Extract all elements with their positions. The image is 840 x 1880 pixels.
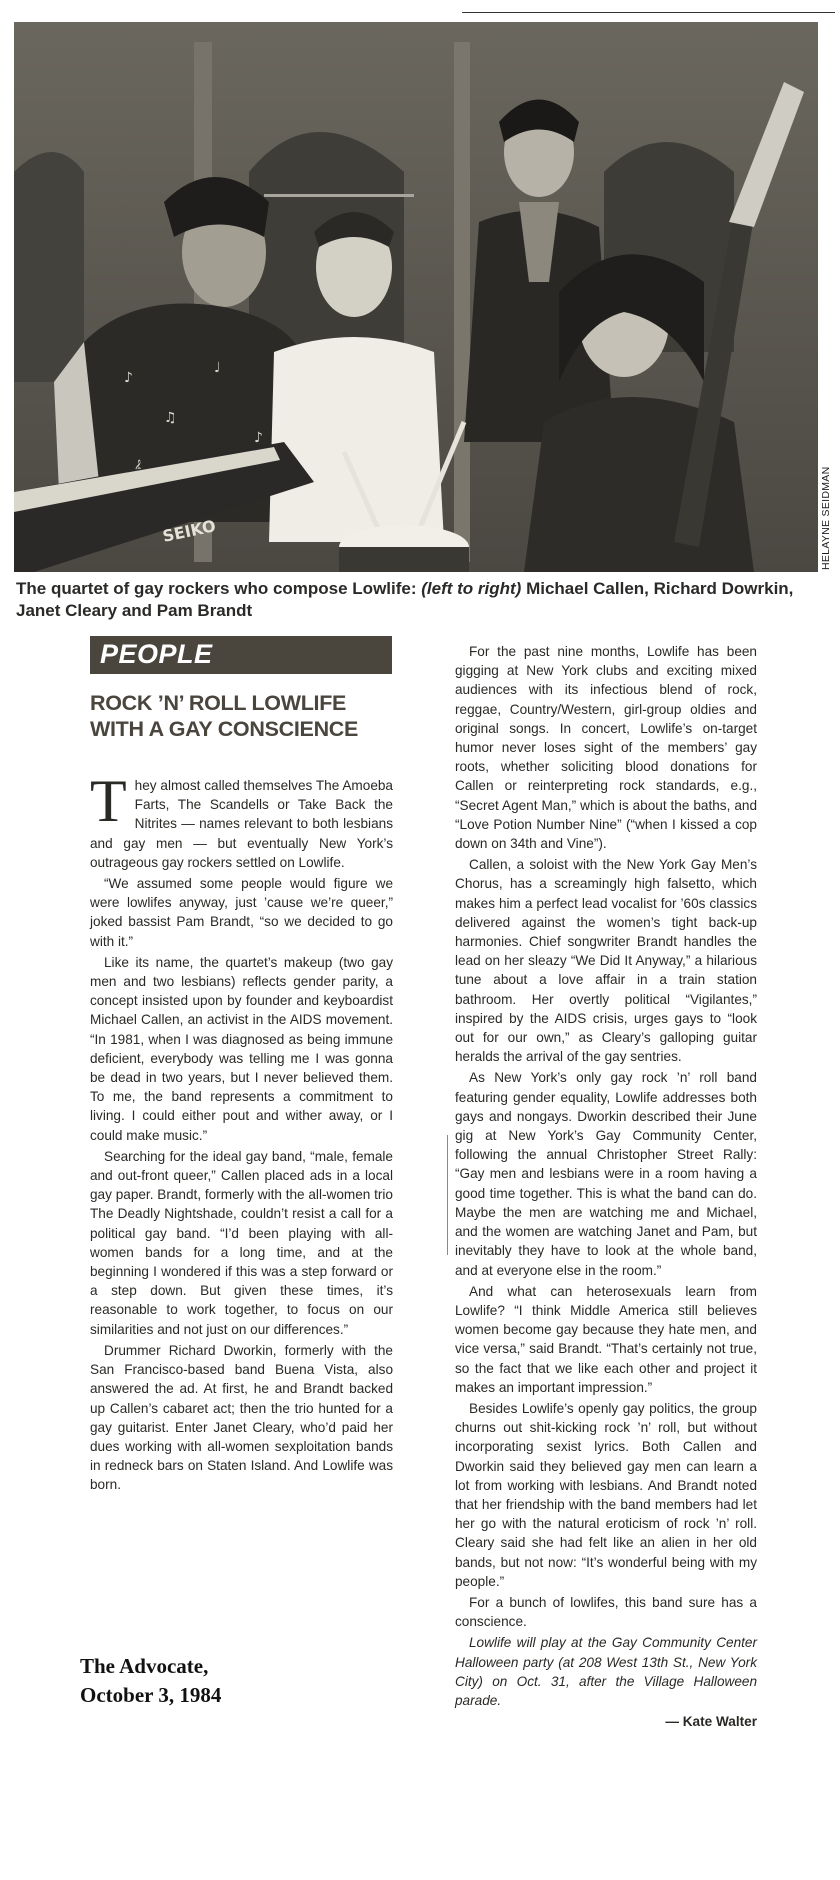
- article-paragraph: Besides Lowlife’s openly gay politics, t…: [455, 1399, 757, 1591]
- paragraph-text: hey almost called themselves The Amoeba …: [90, 778, 393, 870]
- article-paragraph: As New York’s only gay rock ’n’ roll ban…: [455, 1068, 757, 1279]
- band-photo-illustration: ♪♫♩ ♪𝄞♫ ♪ SEIKO: [14, 22, 818, 572]
- caption-italic: (left to right): [421, 579, 521, 598]
- source-publication: The Advocate,: [80, 1652, 221, 1681]
- drop-cap: T: [90, 778, 127, 824]
- article-paragraph: They almost called themselves The Amoeba…: [90, 776, 393, 872]
- band-photo: ♪♫♩ ♪𝄞♫ ♪ SEIKO: [14, 22, 818, 572]
- article-paragraph: Drummer Richard Dworkin, formerly with t…: [90, 1341, 393, 1495]
- headline-line-1: ROCK ’N’ ROLL LOWLIFE: [90, 690, 392, 716]
- section-banner-label: PEOPLE: [100, 639, 213, 670]
- caption-lead: The quartet of gay rockers who compose L…: [16, 579, 421, 598]
- article-paragraph: For a bunch of lowlifes, this band sure …: [455, 1593, 757, 1631]
- svg-text:♫: ♫: [164, 410, 177, 426]
- source-date: October 3, 1984: [80, 1681, 221, 1710]
- photo-credit-text: HELAYNE SEIDMAN: [820, 467, 832, 571]
- byline: — Kate Walter: [455, 1712, 757, 1731]
- article-paragraph: “We assumed some people would figure we …: [90, 874, 393, 951]
- article-column-left: They almost called themselves The Amoeba…: [90, 776, 393, 1497]
- article-headline: ROCK ’N’ ROLL LOWLIFE WITH A GAY CONSCIE…: [90, 690, 392, 742]
- svg-text:♪: ♪: [124, 370, 133, 386]
- event-note: Lowlife will play at the Gay Communi­ty …: [455, 1633, 757, 1710]
- article-paragraph: Callen, a soloist with the New York Gay …: [455, 855, 757, 1066]
- top-rule: [462, 12, 835, 13]
- svg-text:♩: ♩: [214, 360, 221, 376]
- headline-line-2: WITH A GAY CONSCIENCE: [90, 716, 392, 742]
- section-banner: PEOPLE: [90, 636, 392, 674]
- column-rule: [447, 1135, 448, 1255]
- article-paragraph: For the past nine months, Lowlife has be…: [455, 642, 757, 853]
- article-column-right: For the past nine months, Lowlife has be…: [455, 642, 757, 1733]
- photo-caption: The quartet of gay rockers who compose L…: [16, 578, 826, 622]
- article-paragraph: Like its name, the quartet’s makeup (two…: [90, 953, 393, 1145]
- source-citation: The Advocate, October 3, 1984: [80, 1652, 221, 1710]
- photo-credit: HELAYNE SEIDMAN: [820, 440, 834, 570]
- article-paragraph: And what can heterosexuals learn from Lo…: [455, 1282, 757, 1397]
- svg-text:♪: ♪: [254, 430, 263, 446]
- article-paragraph: Searching for the ideal gay band, “male,…: [90, 1147, 393, 1339]
